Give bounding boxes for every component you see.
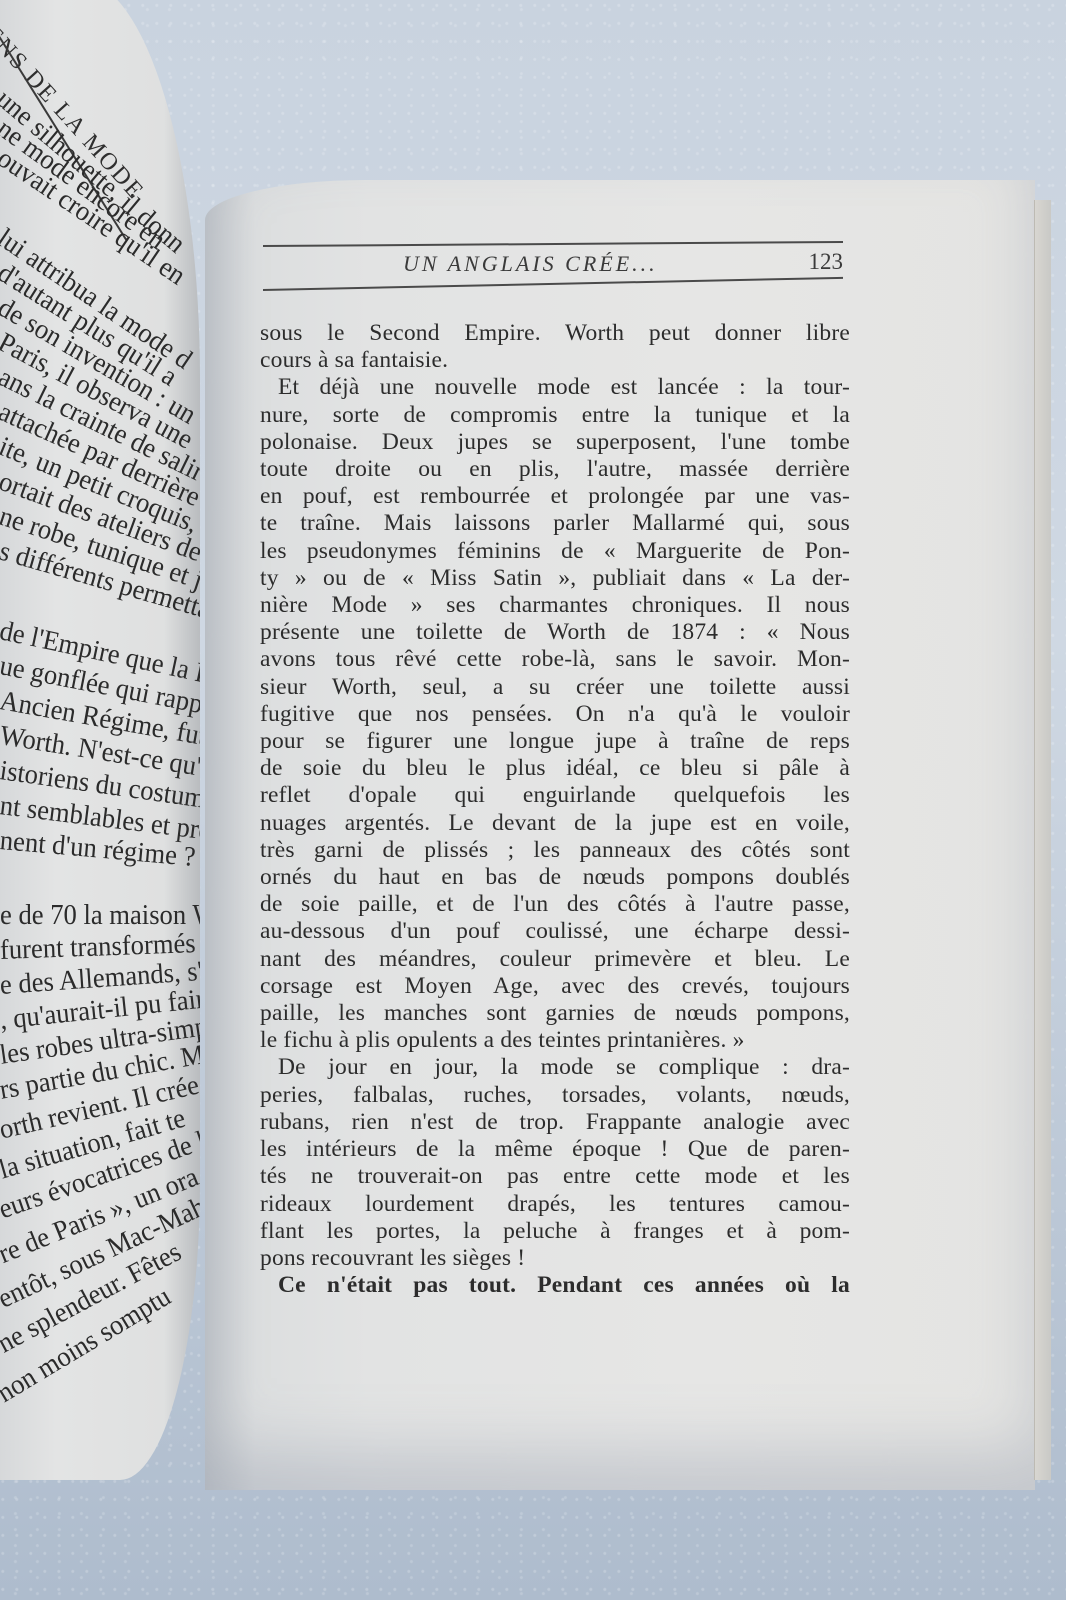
page-number: 123: [809, 249, 844, 275]
text-line: en pouf, est rembourrée et prolongée par…: [260, 483, 850, 510]
text-line: te traîne. Mais laissons parler Mallarmé…: [260, 510, 850, 537]
text-line: nuages argentés. Le devant de la jupe es…: [260, 810, 850, 837]
text-line: avons tous rêvé cette robe-là, sans le s…: [260, 646, 850, 673]
text-line: au-dessous d'un pouf coulissé, une échar…: [260, 918, 850, 945]
chapter-title: UN ANGLAIS CRÉE...: [403, 251, 658, 277]
text-line: peries, falbalas, ruches, torsades, vola…: [260, 1082, 850, 1109]
text-line: les pseudonymes féminins de « Marguerite…: [260, 538, 850, 565]
text-line: pons recouvrant les sièges !: [260, 1245, 850, 1272]
text-line: polonaise. Deux jupes se superposent, l'…: [260, 429, 850, 456]
text-line: présente une toilette de Worth de 1874 :…: [260, 619, 850, 646]
text-line: pour se figurer une longue jupe à traîne…: [260, 728, 850, 755]
text-line: ornés du haut en bas de nœuds pompons do…: [260, 864, 850, 891]
text-line: Et déjà une nouvelle mode est lancée : l…: [260, 374, 850, 401]
text-line: reflet d'opale qui enguirlande quelquefo…: [260, 782, 850, 809]
text-line: paille, les manches sont garnies de nœud…: [260, 1000, 850, 1027]
text-line: flant les portes, la peluche à franges e…: [260, 1218, 850, 1245]
text-line: Ce n'était pas tout. Pendant ces années …: [260, 1272, 850, 1299]
text-line: nière Mode » ses charmantes chroniques. …: [260, 592, 850, 619]
text-line: sous le Second Empire. Worth peut donner…: [260, 320, 850, 347]
text-line: tés ne trouverait-on pas entre cette mod…: [260, 1163, 850, 1190]
text-line: très garni de plissés ; les panneaux des…: [260, 837, 850, 864]
text-line: de soie du bleu le plus idéal, ce bleu s…: [260, 755, 850, 782]
text-line: De jour en jour, la mode se complique : …: [260, 1054, 850, 1081]
right-book-page: UN ANGLAIS CRÉE... 123 sous le Second Em…: [205, 180, 1035, 1490]
text-line: nant des méandres, couleur primevère et …: [260, 946, 850, 973]
text-line: les intérieurs de la même époque ! Que d…: [260, 1136, 850, 1163]
text-line: e de 70 la maison Wor: [0, 900, 200, 932]
header-rule-bottom: [263, 277, 843, 291]
text-line: ty » ou de « Miss Satin », publiait dans…: [260, 565, 850, 592]
body-text: sous le Second Empire. Worth peut donner…: [260, 320, 850, 1299]
text-line: toute droite ou en plis, l'autre, massée…: [260, 456, 850, 483]
running-head: UN ANGLAIS CRÉE... 123: [263, 243, 843, 293]
text-line: corsage est Moyen Age, avec des crevés, …: [260, 973, 850, 1000]
text-line: sieur Worth, seul, a su créer une toilet…: [260, 674, 850, 701]
text-line: rubans, rien n'est de trop. Frappante an…: [260, 1109, 850, 1136]
text-line: fugitive que nos pensées. On n'a qu'à le…: [260, 701, 850, 728]
text-line: de soie paille, et de l'un des côtés à l…: [260, 891, 850, 918]
text-line: nure, sorte de compromis entre la tuniqu…: [260, 402, 850, 429]
text-line: le fichu à plis opulents a des teintes p…: [260, 1027, 850, 1054]
text-line: rideaux lourdement drapés, les tentures …: [260, 1191, 850, 1218]
text-line: cours à sa fantaisie.: [260, 347, 850, 374]
left-book-page: CIENS DE LA MODE une silhouette, il donn…: [0, 0, 200, 1480]
header-rule-top: [263, 241, 843, 247]
